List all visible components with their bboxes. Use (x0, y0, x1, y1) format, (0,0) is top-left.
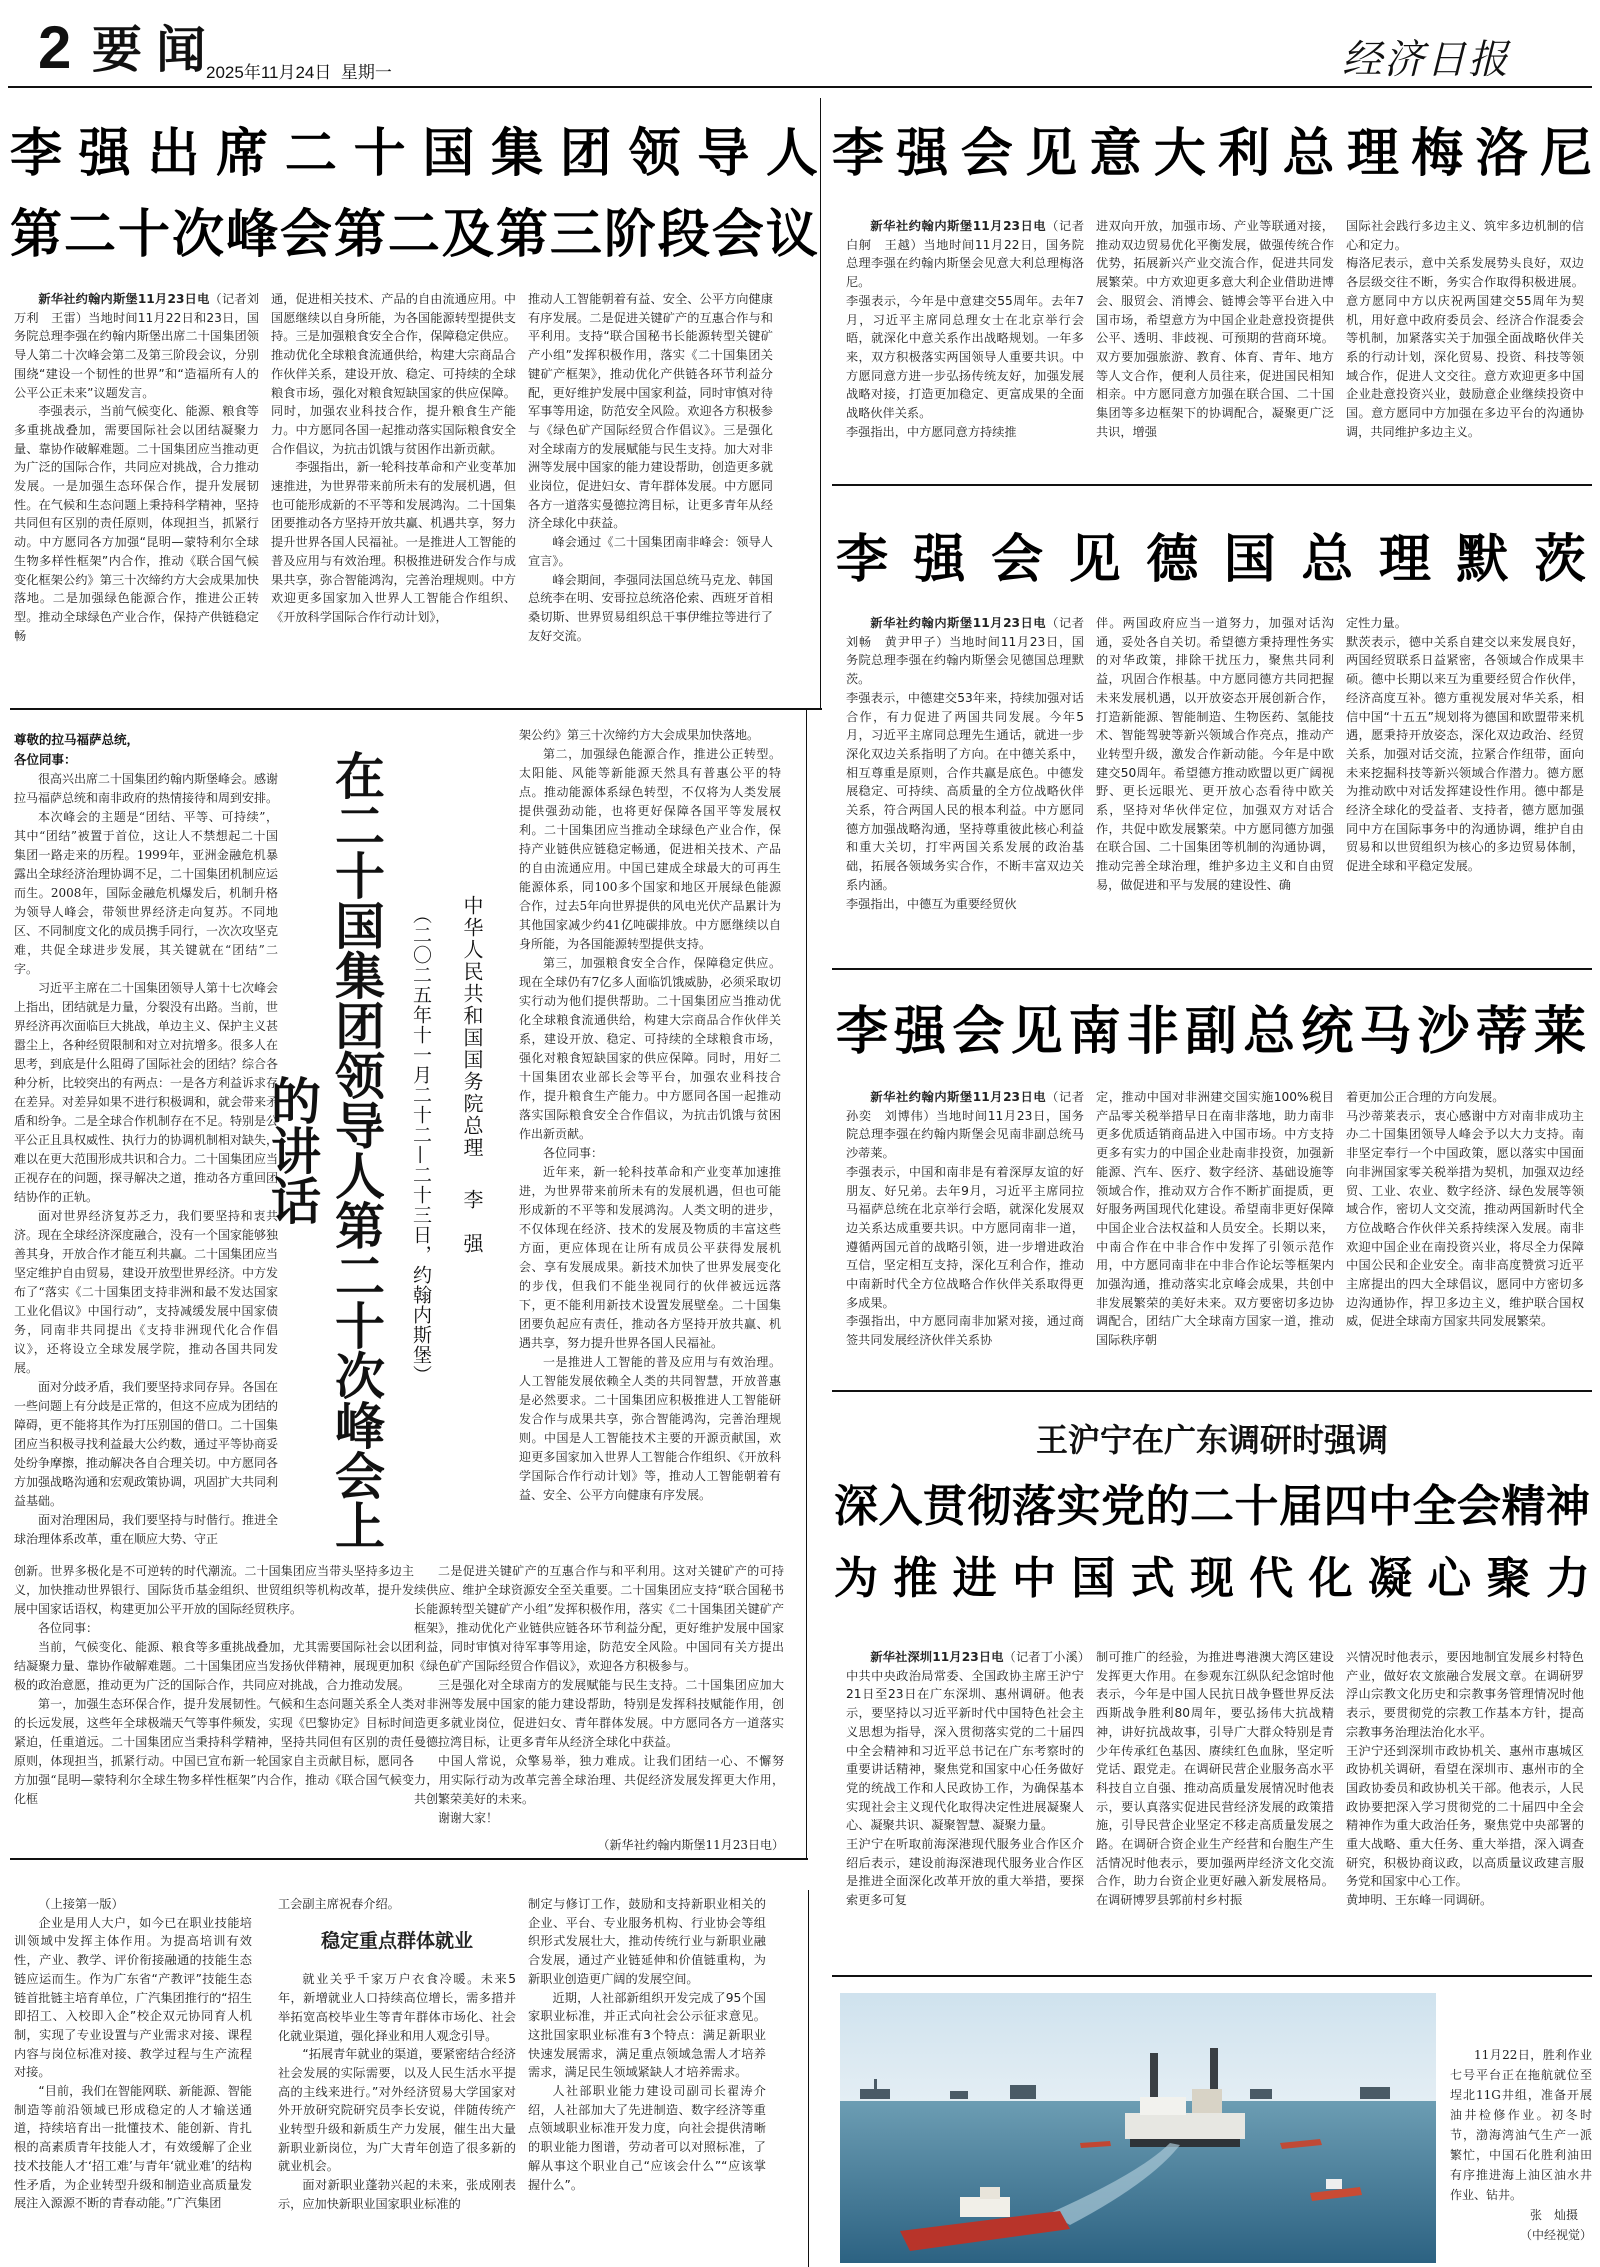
speech-salutation: 尊敬的拉马福萨总统， 各位同事： (14, 730, 139, 770)
southafrica-column-3: 着更加公正合理的方向发展。 马沙蒂莱表示，衷心感谢中方对南非成功主办二十国集团领… (1346, 1088, 1584, 1331)
newspaper-logo: 经济日报 (1342, 28, 1510, 85)
jobs-subhead: 稳定重点群体就业 (278, 1932, 516, 1951)
headline-char: 出 (147, 122, 199, 186)
section-divider (832, 1390, 1592, 1392)
headline-char: 峰 (226, 203, 278, 267)
headline-char: 莱 (1534, 1000, 1586, 1064)
wang-column-1: 新华社深圳11月23日电（记者丁小溪）中共中央政治局常委、全国政协主席王沪宁21… (846, 1648, 1084, 1910)
headline-char: 国 (1071, 1550, 1115, 1608)
headline-char: 副 (1185, 1000, 1237, 1064)
headline-char: 力 (1546, 1550, 1590, 1608)
headline-char: 第 (496, 203, 548, 267)
paragraph: 各位同事： (14, 1619, 414, 1638)
headline-char: 神 (1546, 1478, 1590, 1536)
wang-kicker: 王沪宁在广东调研时强调 (832, 1420, 1592, 1460)
g20-para: 李强表示，当前气候变化、能源、粮食等多重挑战叠加，需要国际社会以团结凝聚力量、靠… (14, 402, 259, 645)
author-title: 中华人民共和国国务院总理 (460, 895, 484, 1159)
headline-char: 理 (1347, 122, 1399, 186)
author-name: 李 强 (460, 1189, 484, 1255)
headline-char: 二 (1190, 1478, 1234, 1536)
headline-char: 领 (628, 122, 680, 186)
italy-headline: 李强会见意大利总理梅洛尼 (832, 122, 1592, 186)
paragraph: 面对新职业蓬勃兴起的未来，张成刚表示，应加快新职业国家职业标准的 (278, 2176, 516, 2213)
southafrica-column-2: 定，推动中国对非洲建交国实施100%税目产品零关税举措早日在南非落地，助力南非更… (1096, 1088, 1334, 1350)
jobs-column-2: 工会副主席祝春介绍。 稳定重点群体就业 就业关乎千家万户衣食冷暖。未来5年，新增… (278, 1895, 516, 2214)
headline-char: 沙 (1418, 1000, 1470, 1064)
italy-col3-text: 国际社会践行多边主义、筑牢多边机制的信心和定力。 梅洛尼表示，意中关系发展势头良… (1346, 217, 1584, 441)
section-title: 要闻 (92, 22, 220, 78)
italy-column-1: 新华社约翰内斯堡11月23日电（记者白舸 王越）当地时间11月22日，国务院总理… (846, 217, 1084, 441)
germany-col1-text: （记者刘畅 黄尹甲子）当地时间11月23日，国务院总理李强在约翰内斯堡会见德国总… (846, 616, 1084, 911)
headline-char: 梅 (1411, 122, 1463, 186)
headline-char: 见 (1069, 528, 1121, 592)
headline-char: 强 (914, 528, 966, 592)
g20-column-1: 新华社约翰内斯堡11月23日电（记者刘万利 王雷）当地时间11月22日和23日，… (14, 290, 259, 645)
g20-headline-line1: 李强出席二十国集团领导人 (10, 122, 818, 186)
headline-char: 会 (961, 122, 1013, 186)
headline-char: 代 (1249, 1550, 1293, 1608)
weekday-text: 星期一 (341, 63, 392, 82)
wang-col1-text: （记者丁小溪）中共中央政治局常委、全国政协主席王沪宁21日至23日在广东深圳、惠… (846, 1650, 1084, 1907)
headline-char: 李 (10, 122, 62, 186)
headline-char: 进 (953, 1550, 997, 1608)
headline-char: 团 (560, 122, 612, 186)
headline-char: 德 (1146, 528, 1198, 592)
speech-left-column: 很高兴出席二十国集团约翰内斯堡峰会。感谢拉马福萨总统和南非政府的热情接待和周到安… (14, 770, 278, 1549)
headline-char: 议 (766, 203, 818, 267)
paragraph: 第二，加强绿色能源合作，推进公正转型。太阳能、风能等新能源天然具有普惠公平的特点… (519, 745, 781, 954)
g20-para: 峰会期间，李强同法国总统马克龙、韩国总统李在明、安哥拉总统洛伦索、西班牙首相桑切… (528, 571, 773, 646)
paragraph: 很高兴出席二十国集团约翰内斯堡峰会。感谢拉马福萨总统和南非政府的热情接待和周到安… (14, 770, 278, 808)
headline-char: 会 (712, 203, 764, 267)
headline-char: 届 (1279, 1478, 1323, 1536)
headline-char: 十 (1235, 1478, 1279, 1536)
headline-char: 全 (1413, 1478, 1457, 1536)
southafrica-headline: 李强会见南非副总统马沙蒂莱 (836, 1000, 1586, 1064)
g20-para: 峰会通过《二十国集团南非峰会：领导人宣言》。 (528, 533, 773, 570)
headline-char: 国 (1224, 528, 1276, 592)
date-text: 2025年11月24日 (206, 63, 331, 82)
germany-column-3: 定性力量。 默茨表示，德中关系自建交以来发展良好，两国经贸联系日益紧密，各领域合… (1346, 614, 1584, 876)
headline-char: 李 (836, 1000, 888, 1064)
caption-text: 11月22日，胜利作业七号平台正在拖航就位至埕北11G井组，准备开展油井检修作业… (1450, 2045, 1592, 2205)
headline-char: 心 (1427, 1550, 1471, 1608)
paragraph: 近年来，新一轮科技革命和产业变革加速推进，为世界带来前所未有的发展机遇，但也可能… (519, 1163, 781, 1353)
headline-char: 聚 (1487, 1550, 1531, 1608)
headline-char: 见 (1025, 122, 1077, 186)
headline-char: 非 (1127, 1000, 1179, 1064)
section-divider (10, 708, 822, 710)
headline-char: 集 (491, 122, 543, 186)
headline-char: 国 (422, 122, 474, 186)
paragraph: 制定与修订工作，鼓励和支持新职业相关的企业、平台、专业服务机构、行业协会等组织形… (528, 1895, 766, 1989)
jobs-col1-paras: 企业是用人大户，如今已在职业技能培训领域中发挥主体作用。为提高培训有效性，产业、… (14, 1914, 252, 2213)
headline-char: 实 (1057, 1478, 1101, 1536)
italy-column-3: 国际社会践行多边主义、筑牢多边机制的信心和定力。 梅洛尼表示，意中关系发展势头良… (1346, 217, 1584, 441)
headline-char: 李 (832, 122, 884, 186)
headline-char: 二 (285, 122, 337, 186)
wang-dateline: 新华社深圳11月23日电 (870, 1650, 1003, 1664)
continued-from: （上接第一版） (14, 1895, 252, 1914)
paragraph: 一是推进人工智能的普及应用与有效治理。人工智能发展依赖全人类的共同智慧，开放普惠… (519, 1353, 781, 1505)
jobs-column-1: （上接第一版） 企业是用人大户，如今已在职业技能培训领域中发挥主体作用。为提高培… (14, 1895, 252, 2213)
headline-char: 段 (658, 203, 710, 267)
southafrica-column-1: 新华社约翰内斯堡11月23日电（记者孙奕 刘博伟）当地时间11月23日，国务院总… (846, 1088, 1084, 1350)
g20-dateline: 新华社约翰内斯堡11月23日电 (38, 292, 209, 306)
headline-char: 会 (280, 203, 332, 267)
headline-char: 二 (388, 203, 440, 267)
wang-column-3: 兴情况时他表示，要因地制宜发展乡村特色产业，做好农文旅融合发展文章。在调研罗浮山… (1346, 1648, 1584, 1910)
wang-col3-text: 兴情况时他表示，要因地制宜发展乡村特色产业，做好农文旅融合发展文章。在调研罗浮山… (1346, 1648, 1584, 1910)
photo-caption: 11月22日，胜利作业七号平台正在拖航就位至埕北11G井组，准备开展油井检修作业… (1450, 2045, 1592, 2245)
oil-platform-photo (840, 1993, 1436, 2263)
paragraph: 习近平主席在二十国集团领导人第十七次峰会上指出，团结就是力量，分裂没有出路。当前… (14, 979, 278, 1207)
paragraph: 三是强化对全球南方的发展赋能与民生支持。二十国集团应加大对非洲等发展中国家的能力… (414, 1676, 784, 1752)
headline-char: 见 (1010, 1000, 1062, 1064)
g20-column-3: 推动人工智能朝着有益、安全、公平方向健康有序发展。二是促进关键矿产的互惠合作与和… (528, 290, 773, 645)
headline-char: 中 (1368, 1478, 1412, 1536)
headline-char: 凝 (1368, 1550, 1412, 1608)
italy-col1-text: （记者白舸 王越）当地时间11月22日，国务院总理李强在约翰内斯堡会见意大利总理… (846, 219, 1084, 439)
paragraph: 当前，气候变化、能源、粮食等多重挑战叠加，尤其需要国际社会以团结凝聚力量、靠协作… (14, 1638, 414, 1695)
headline-char: 彻 (968, 1478, 1012, 1536)
headline-char: 式 (1131, 1550, 1175, 1608)
headline-char: 马 (1359, 1000, 1411, 1064)
photo-credit-org: （中经视觉） (1450, 2225, 1592, 2245)
g20-column-2: 通，促进相关技术、产品的自由流通应用。中国愿继续以自身所能，为各国能源转型提供支… (271, 290, 516, 627)
wang-headline-line2: 为推进中国式现代化凝心聚力 (834, 1550, 1590, 1608)
headline-char: 深 (834, 1478, 878, 1536)
headline-char: 二 (64, 203, 116, 267)
paragraph: 各位同事： (519, 1144, 781, 1163)
paragraph: 就业关乎千家万户衣食冷暖。未来5年，新增就业人口持续高位增长，需多措并举拓宽高校… (278, 1970, 516, 2045)
headline-char: 阶 (604, 203, 656, 267)
column-divider (808, 1890, 809, 2267)
germany-headline: 李强会见德国总理默茨 (836, 528, 1586, 592)
paragraph: 面对分歧矛盾，我们要坚持求同存异。各国在一些问题上有分歧是正常的，但这不应成为团… (14, 1378, 278, 1511)
g20-para: 推动人工智能朝着有益、安全、公平方向健康有序发展。二是促进关键矿产的互惠合作与和… (528, 290, 773, 533)
paragraph: 本次峰会的主题是“团结、平等、可持续”，其中“团结”被置于首位，这让人不禁想起二… (14, 808, 278, 979)
germany-col2-text: 伴。两国政府应当一道努力，加强对话沟通，妥处各自关切。希望德方秉持理性务实的对华… (1096, 614, 1334, 895)
paragraph: 面对世界经济复苏乏力，我们要坚持和衷共济。现在全球经济深度融合，没有一个国家能够… (14, 1207, 278, 1378)
speech-source: （新华社约翰内斯堡11月23日电） (414, 1836, 784, 1855)
headline-char: 席 (216, 122, 268, 186)
jobs-col3-paras: 制定与修订工作，鼓励和支持新职业相关的企业、平台、专业服务机构、行业协会等组织形… (528, 1895, 766, 2194)
paragraph: 二是促进关键矿产的互惠合作与和平利用。这对关键矿产的可持续供应、维护全球资源安全… (414, 1562, 784, 1676)
headline-char: 中 (1012, 1550, 1056, 1608)
headline-char: 茨 (1534, 528, 1586, 592)
germany-col3-text: 定性力量。 默茨表示，德中关系自建交以来发展良好，两国经贸联系日益紧密，各领域合… (1346, 614, 1584, 876)
paragraph: 谢谢大家！ (414, 1809, 784, 1828)
italy-column-2: 进双向开放，加强市场、产业等联通对接，推动双边贸易优化平衡发展，做强传统合作优势… (1096, 217, 1334, 441)
paragraph: 架公约》第三十次缔约方大会成果加快落地。 (519, 726, 781, 745)
speech-right-column: 架公约》第三十次缔约方大会成果加快落地。第二，加强绿色能源合作，推进公正转型。太… (519, 726, 781, 1505)
headline-char: 推 (893, 1550, 937, 1608)
headline-char: 落 (1012, 1478, 1056, 1536)
paragraph: “拓展青年就业的渠道，要紧密结合经济社会发展的实际需要，以及人民生活水平提高的主… (278, 2045, 516, 2176)
speech-closing: 二是促进关键矿产的互惠合作与和平利用。这对关键矿产的可持续供应、维护全球资源安全… (414, 1562, 784, 1828)
wang-column-2: 制可推广的经验，为推进粤港澳大湾区建设发挥更大作用。在参观东江纵队纪念馆时他表示… (1096, 1648, 1334, 1910)
paragraph: 人社部职业能力建设司副司长翟涛介绍，人社部加大了先进制造、数字经济等重点领域职业… (528, 2082, 766, 2194)
speech-title: 在二十国集团领导人第二十次峰会上的讲话 (318, 735, 388, 1565)
germany-column-1: 新华社约翰内斯堡11月23日电（记者刘畅 黄尹甲子）当地时间11月23日，国务院… (846, 614, 1084, 913)
g20-para: 李强指出，新一轮科技革命和产业变革加速推进，为世界带来前所未有的发展机遇，但也可… (271, 458, 516, 626)
headline-char: 总 (1301, 528, 1353, 592)
headline-char: 贯 (923, 1478, 967, 1536)
headline-char: 为 (834, 1550, 878, 1608)
photo-credit-name: 张 灿摄 (1450, 2205, 1592, 2225)
headline-char: 现 (1190, 1550, 1234, 1608)
southafrica-col2-text: 定，推动中国对非洲建交国实施100%税目产品零关税举措早日在南非落地，助力南非更… (1096, 1088, 1334, 1350)
headline-char: 第 (334, 203, 386, 267)
g20-para: 通，促进相关技术、产品的自由流通应用。中国愿继续以自身所能，为各国能源转型提供支… (271, 290, 516, 458)
headline-char: 蒂 (1476, 1000, 1528, 1064)
speech-date-place: （二〇二五年十一月二十二—二十三日，约翰内斯堡） (408, 905, 435, 1385)
headline-char: 导 (697, 122, 749, 186)
headline-char: 化 (1309, 1550, 1353, 1608)
jobs-column-3: 制定与修订工作，鼓励和支持新职业相关的企业、平台、专业服务机构、行业协会等组织形… (528, 1895, 766, 2194)
southafrica-col3-text: 着更加公正合理的方向发展。 马沙蒂莱表示，衷心感谢中方对南非成功主办二十国集团领… (1346, 1088, 1584, 1331)
headline-char: 强 (79, 122, 131, 186)
wang-headline-line1: 深入贯彻落实党的二十届四中全会精神 (834, 1478, 1590, 1536)
speech-bottom-wide: 创新。世界多极化是不可逆转的时代潮流。二十国集团应当带头坚持多边主义，加快推动世… (14, 1562, 414, 1809)
speech-right-bottom: 二是促进关键矿产的互惠合作与和平利用。这对关键矿产的可持续供应、维护全球资源安全… (414, 1562, 784, 1855)
headline-char: 十 (118, 203, 170, 267)
headline-char: 强 (896, 122, 948, 186)
paragraph: “目前，我们在智能网联、新能源、智能制造等前沿领域已形成稳定的人才输送通道，持续… (14, 2082, 252, 2213)
headline-char: 洛 (1476, 122, 1528, 186)
section-divider (10, 1858, 808, 1860)
headline-char: 次 (172, 203, 224, 267)
column-divider (820, 98, 821, 708)
g20-headline-line2: 第二十次峰会第二及第三阶段会议 (10, 203, 818, 267)
paragraph: 第一，加强生态环保合作，提升发展韧性。气候和生态问题关系全人类的长远发展，这些年… (14, 1695, 414, 1809)
masthead-rule (8, 86, 1592, 88)
headline-char: 十 (354, 122, 406, 186)
paragraph: 第三，加强粮食安全合作，保障稳定供应。现在全球仍有7亿多人面临饥饿威胁，必须采取… (519, 954, 781, 1144)
speech-author: 中华人民共和国国务院总理李 强 (458, 895, 487, 1255)
headline-char: 会 (991, 528, 1043, 592)
headline-char: 南 (1069, 1000, 1121, 1064)
offshore-platform-illustration (840, 1993, 1436, 2263)
headline-char: 尼 (1540, 122, 1592, 186)
section-divider (832, 968, 1592, 970)
g20-para: （记者刘万利 王雷）当地时间11月22日和23日，国务院总理李强在约翰内斯堡出席… (14, 292, 259, 400)
headline-char: 入 (879, 1478, 923, 1536)
headline-char: 总 (1283, 122, 1335, 186)
paragraph: 中国人常说，众擎易举，独力难成。让我们团结一心、不懈努力，用实际行动为改革完善全… (414, 1752, 784, 1809)
speech-salutation-2: 各位同事： (14, 750, 139, 770)
italy-dateline: 新华社约翰内斯堡11月23日电 (870, 219, 1046, 233)
headline-char: 总 (1243, 1000, 1295, 1064)
headline-char: 默 (1456, 528, 1508, 592)
italy-col2-text: 进双向开放，加强市场、产业等联通对接，推动双边贸易优化平衡发展，做强传统合作优势… (1096, 217, 1334, 441)
headline-char: 统 (1301, 1000, 1353, 1064)
paragraph: 创新。世界多极化是不可逆转的时代潮流。二十国集团应当带头坚持多边主义，加快推动世… (14, 1562, 414, 1619)
section-divider (832, 484, 1592, 486)
southafrica-dateline: 新华社约翰内斯堡11月23日电 (870, 1090, 1046, 1104)
headline-char: 第 (10, 203, 62, 267)
headline-char: 精 (1502, 1478, 1546, 1536)
jobs-col2-lead: 工会副主席祝春介绍。 (278, 1895, 516, 1914)
speech-salutation-1: 尊敬的拉马福萨总统， (14, 730, 139, 750)
germany-column-2: 伴。两国政府应当一道努力，加强对话沟通，妥处各自关切。希望德方秉持理性务实的对华… (1096, 614, 1334, 895)
headline-char: 三 (550, 203, 602, 267)
wang-col2-text: 制可推广的经验，为推进粤港澳大湾区建设发挥更大作用。在参观东江纵队纪念馆时他表示… (1096, 1648, 1334, 1910)
headline-char: 强 (894, 1000, 946, 1064)
headline-char: 利 (1218, 122, 1270, 186)
page-number: 2 (38, 18, 71, 78)
headline-char: 及 (442, 203, 494, 267)
section-divider (832, 1975, 1592, 1977)
headline-char: 党 (1101, 1478, 1145, 1536)
paragraph: 企业是用人大户，如今已在职业技能培训领域中发挥主体作用。为提高培训有效性，产业、… (14, 1914, 252, 2082)
headline-char: 意 (1089, 122, 1141, 186)
headline-char: 的 (1146, 1478, 1190, 1536)
jobs-col2-paras: 就业关乎千家万户衣食冷暖。未来5年，新增就业人口持续高位增长，需多措并举拓宽高校… (278, 1970, 516, 2213)
headline-char: 李 (836, 528, 888, 592)
southafrica-col1-text: （记者孙奕 刘博伟）当地时间11月23日，国务院总理李强在约翰内斯堡会见南非副总… (846, 1090, 1084, 1347)
headline-char: 理 (1379, 528, 1431, 592)
paragraph: 面对治理困局，我们要坚持与时偕行。推进全球治理体系改革，重在顺应大势、守正 (14, 1511, 278, 1549)
headline-char: 大 (1154, 122, 1206, 186)
headline-char: 四 (1324, 1478, 1368, 1536)
headline-char: 会 (952, 1000, 1004, 1064)
paragraph: 近期，人社部新组织开发完成了95个国家职业标准，并正式向社会公示征求意见。这批国… (528, 1989, 766, 2083)
issue-date: 2025年11月24日 星期一 (206, 58, 392, 83)
headline-char: 会 (1457, 1478, 1501, 1536)
germany-dateline: 新华社约翰内斯堡11月23日电 (870, 616, 1046, 630)
headline-char: 人 (766, 122, 818, 186)
speech-frame-right (806, 708, 807, 1858)
